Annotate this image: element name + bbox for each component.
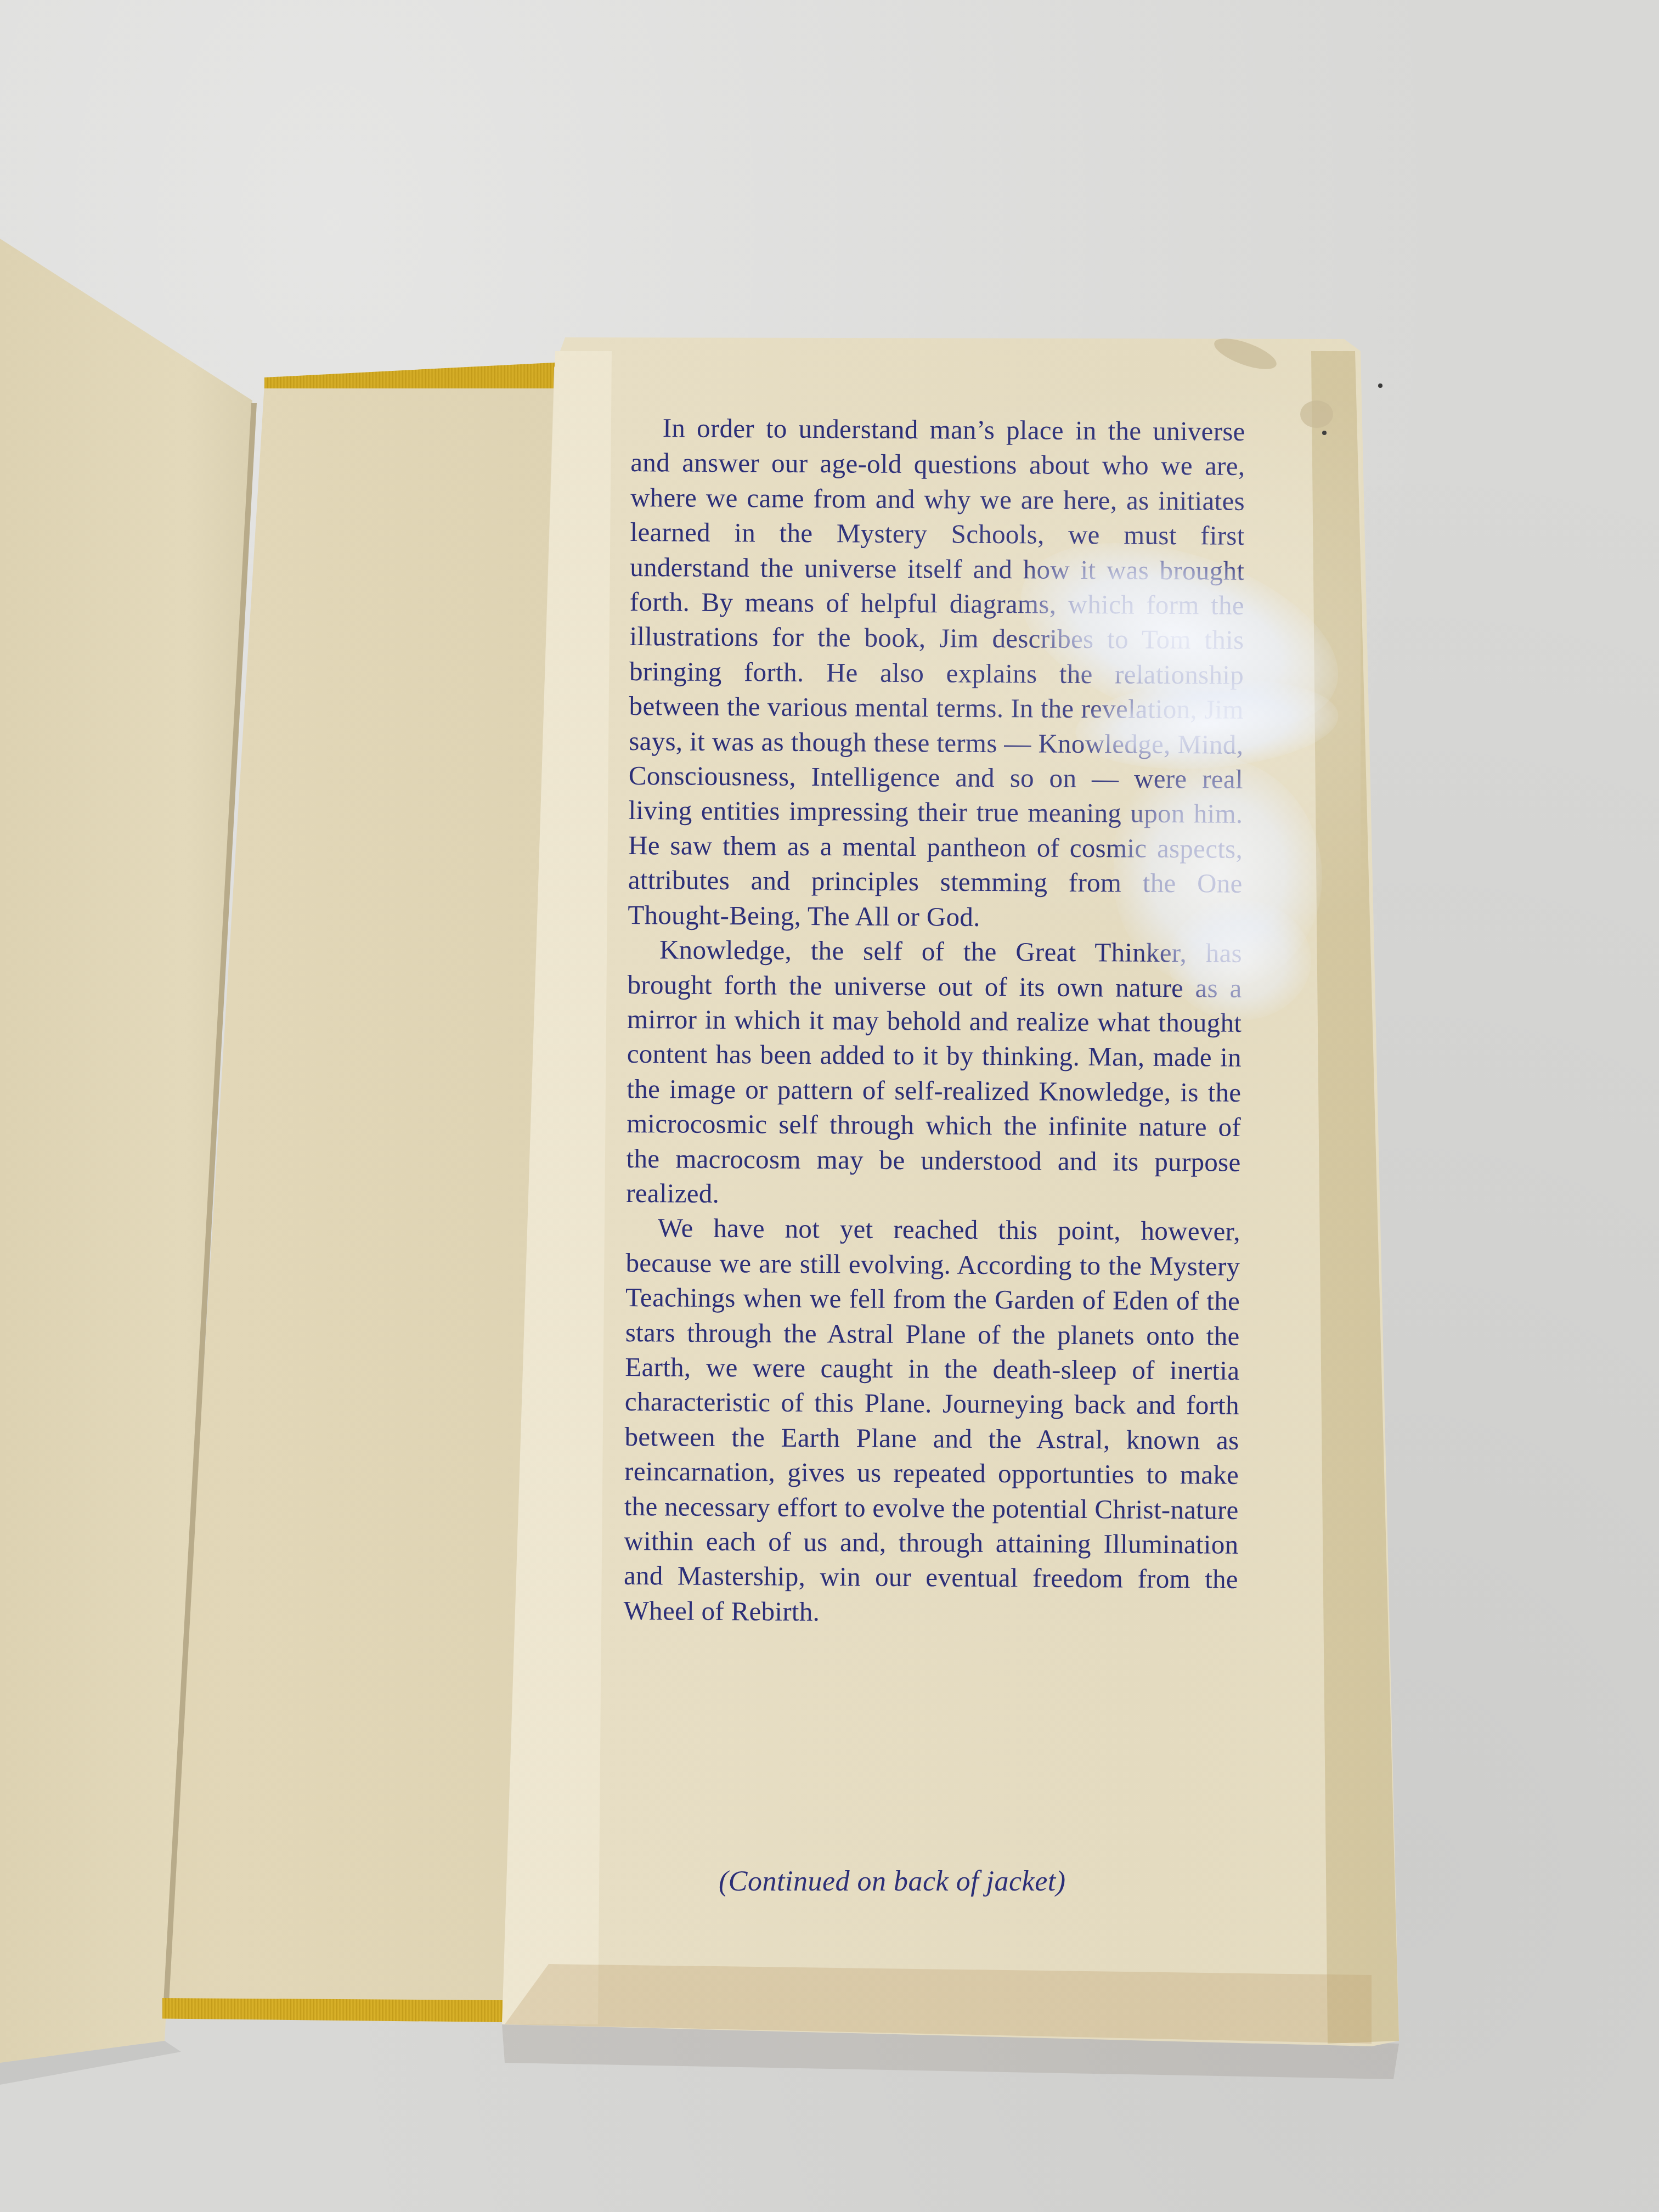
jacket-flap-text: In order to understand man’s place in th…: [623, 410, 1245, 1632]
continuation-note: (Continued on back of jacket): [719, 1865, 1066, 1898]
stain-mark: [1300, 400, 1333, 428]
paragraph: In order to understand man’s place in th…: [628, 410, 1245, 936]
dust-speck: [1322, 431, 1327, 435]
dust-speck: [1378, 383, 1383, 388]
paragraph: Knowledge, the self of the Great Thinker…: [626, 932, 1242, 1214]
yellow-cloth-binding-bottom: [162, 1998, 503, 2022]
paragraph: We have not yet reached this point, howe…: [623, 1210, 1240, 1632]
